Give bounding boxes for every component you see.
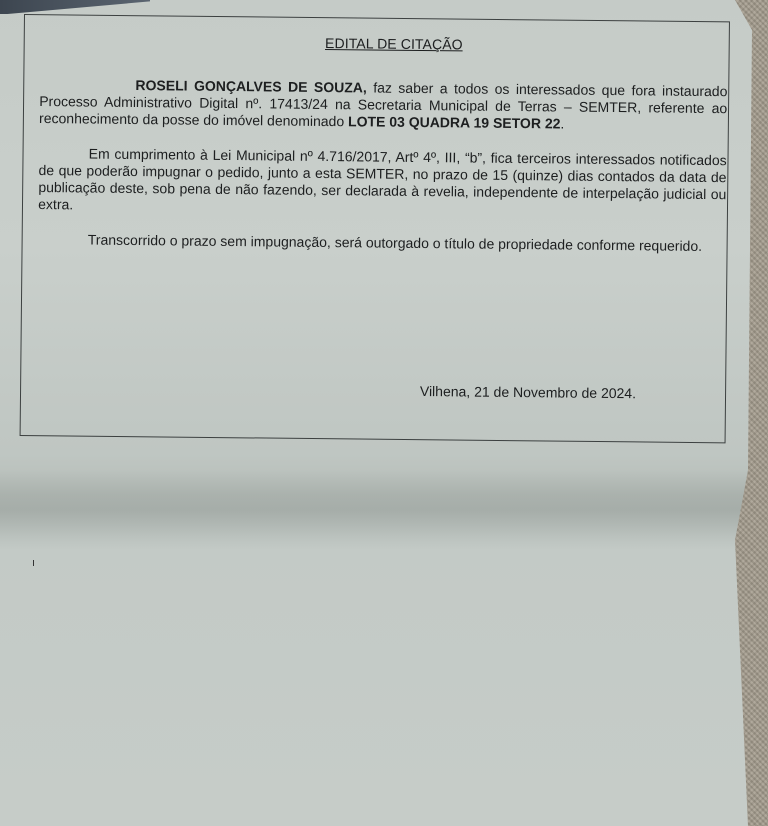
- paragraph-legal-basis: Em cumprimento à Lei Municipal nº 4.716/…: [38, 145, 727, 220]
- paper-sheet: EDITAL DE CITAÇÃO ROSELI GONÇALVES DE SO…: [0, 0, 752, 826]
- paragraph-notice: ROSELI GONÇALVES DE SOUZA, faz saber a t…: [39, 76, 727, 134]
- place-and-date: Vilhena, 21 de Novembro de 2024.: [420, 383, 636, 401]
- lot-description: LOTE 03 QUADRA 19 SETOR 22: [348, 113, 561, 131]
- paragraph-conclusion: Transcorrido o prazo sem impugnação, ser…: [38, 231, 726, 255]
- object-shadow: [0, 0, 150, 14]
- document-body: EDITAL DE CITAÇÃO ROSELI GONÇALVES DE SO…: [38, 32, 728, 273]
- pen-mark: [33, 560, 34, 566]
- applicant-name: ROSELI GONÇALVES DE SOUZA,: [135, 77, 367, 95]
